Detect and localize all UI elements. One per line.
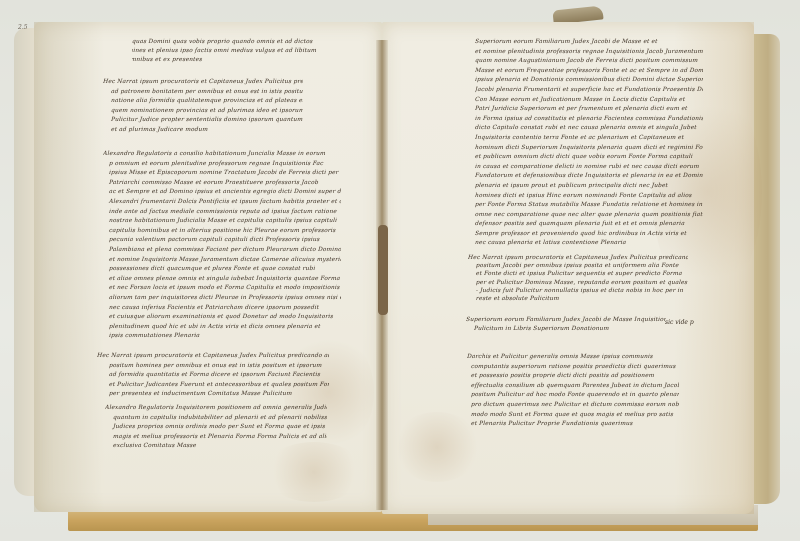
right-paragraph-2: Hec Narrat ipsum procuratoris et Capitan… xyxy=(468,254,688,303)
right-paragraph-1: Superiorum eorum Familiarum Judex Jacobi… xyxy=(475,38,703,249)
margin-note: 2.5 xyxy=(18,24,28,31)
left-paragraph-3: Hec Narrat ipsum procuratoris et Capitan… xyxy=(97,352,329,400)
right-paragraph-3: Superiorum eorum Familiarum Judex Jacobi… xyxy=(466,316,666,334)
left-top-fragment: quas Domini quas vobis proprio quando om… xyxy=(132,38,352,65)
left-paragraph-4: Alexandro Regulatoris Inquisitorem posit… xyxy=(105,404,327,452)
margin-note: sic vide p xyxy=(665,319,694,326)
left-paragraph-1: Hec Narrat ipsum procuratoris et Capitan… xyxy=(103,78,303,135)
right-paragraph-4: Darchis et Pulicitur generalis omnis Mas… xyxy=(467,353,679,430)
spine-tear xyxy=(378,225,388,315)
left-paragraph-2: Alexandro Regulatoris a consilio habitat… xyxy=(103,150,341,342)
